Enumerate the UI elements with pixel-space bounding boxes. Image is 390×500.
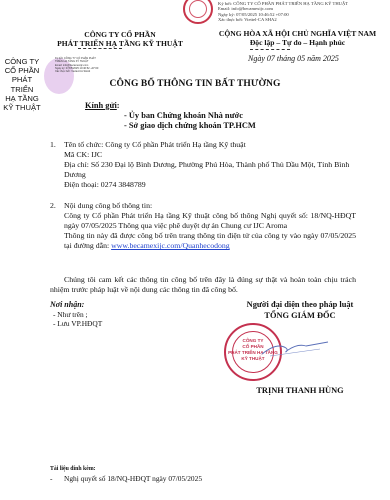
sign-verifier: Xác thực bởi: Viettel-CA SHA2 (218, 17, 388, 22)
address: Địa chỉ: Số 230 Đại lộ Bình Dương, Phườn… (64, 160, 356, 180)
nation-header: CỘNG HÒA XÃ HỘI CHỦ NGHĨA VIỆT NAM Độc l… (205, 29, 390, 47)
salutation-label: Kính gửi: (85, 101, 120, 110)
recipients-label: Nơi nhận: (50, 300, 84, 309)
company-line-1: CÔNG TY CỔ PHẦN (30, 30, 210, 39)
bullet: - (50, 474, 64, 483)
recipient-item: - Lưu VP.HĐQT (53, 319, 102, 328)
nation-motto: Độc lập – Tự do – Hạnh phúc (205, 38, 390, 47)
signer-line: HẠ TẦNG (0, 94, 44, 103)
recipient-hose: - Sở giao dịch chứng khoán TP.HCM (124, 121, 256, 131)
section-org-info: Tên tổ chức: Công ty Cổ phần Phát triển … (64, 140, 356, 190)
section-disclosure: Nội dung công bố thông tin: Công ty Cổ p… (64, 201, 356, 251)
section-number: 2. (50, 201, 56, 211)
section-number: 1. (50, 140, 56, 150)
attachments-label: Tài liệu đính kèm: (50, 466, 96, 472)
section-heading: Nội dung công bố thông tin: (64, 201, 356, 211)
signer-line: KỸ THUẬT (0, 103, 44, 112)
attachment-item: -Nghị quyết số 18/NQ-HĐQT ngày 07/05/202… (50, 474, 202, 483)
detail-line: Ký bởi: CÔNG TY CỔ PHẦN PHÁT TRIỂN HẠ TẦ… (55, 57, 103, 64)
document-title: CÔNG BỐ THÔNG TIN BẤT THƯỜNG (0, 79, 390, 89)
company-header: CÔNG TY CỔ PHẦN PHÁT TRIỂN HẠ TẦNG KỸ TH… (30, 30, 210, 48)
representative-label: Người đại diện theo pháp luật (210, 300, 390, 311)
divider (250, 49, 290, 50)
colon: : (117, 101, 120, 110)
digital-signature-info: Ký bởi: CÔNG TY CỔ PHẦN PHÁT TRIỂN HẠ TẦ… (218, 1, 388, 23)
divider (78, 48, 122, 49)
detail-line: Xác thực bởi: Viettel-CA SHA2 (55, 70, 103, 73)
representative-title: TỔNG GIÁM ĐỐC (210, 311, 390, 322)
signer-line: CỔ PHẦN (0, 66, 44, 75)
phone: Điện thoại: 0274 3848789 (64, 180, 356, 190)
ticker: Mã CK: IJC (64, 150, 356, 160)
signer-line: CÔNG TY (0, 57, 44, 66)
published-info: Thông tin này đã được công bố trên trang… (64, 231, 356, 251)
recipient-ssc: - Ủy ban Chứng khoán Nhà nước (124, 111, 243, 121)
commitment-statement: Chúng tôi cam kết các thông tin công bố … (50, 275, 356, 295)
digital-signature-detail: Ký bởi: CÔNG TY CỔ PHẦN PHÁT TRIỂN HẠ TẦ… (55, 57, 103, 73)
document-date: Ngày 07 tháng 05 năm 2025 (248, 54, 339, 63)
signer-name: TRỊNH THANH HÙNG (210, 386, 390, 395)
recipient-item: - Như trên ; (53, 310, 102, 319)
recipients-list: - Như trên ; - Lưu VP.HĐQT (53, 310, 102, 328)
representative-block: Người đại diện theo pháp luật TỔNG GIÁM … (210, 300, 390, 321)
attachment-name: Nghị quyết số 18/NQ-HĐQT ngày 07/05/2025 (64, 474, 202, 483)
salutation-text: Kính gửi (85, 101, 117, 110)
disclosure-content: Công ty Cổ phần Phát triển Hạ tầng Kỹ th… (64, 211, 356, 231)
top-seal-stamp (183, 0, 213, 24)
investor-relations-link[interactable]: www.becamexijc.com/Quanhecodong (111, 241, 230, 250)
org-name: Tên tổ chức: Công ty Cổ phần Phát triển … (64, 140, 356, 150)
company-line-2: PHÁT TRIỂN HẠ TẦNG KỸ THUẬT (30, 39, 210, 48)
handwritten-signature-icon (260, 340, 330, 358)
nation-line-1: CỘNG HÒA XÃ HỘI CHỦ NGHĨA VIỆT NAM (205, 29, 390, 38)
